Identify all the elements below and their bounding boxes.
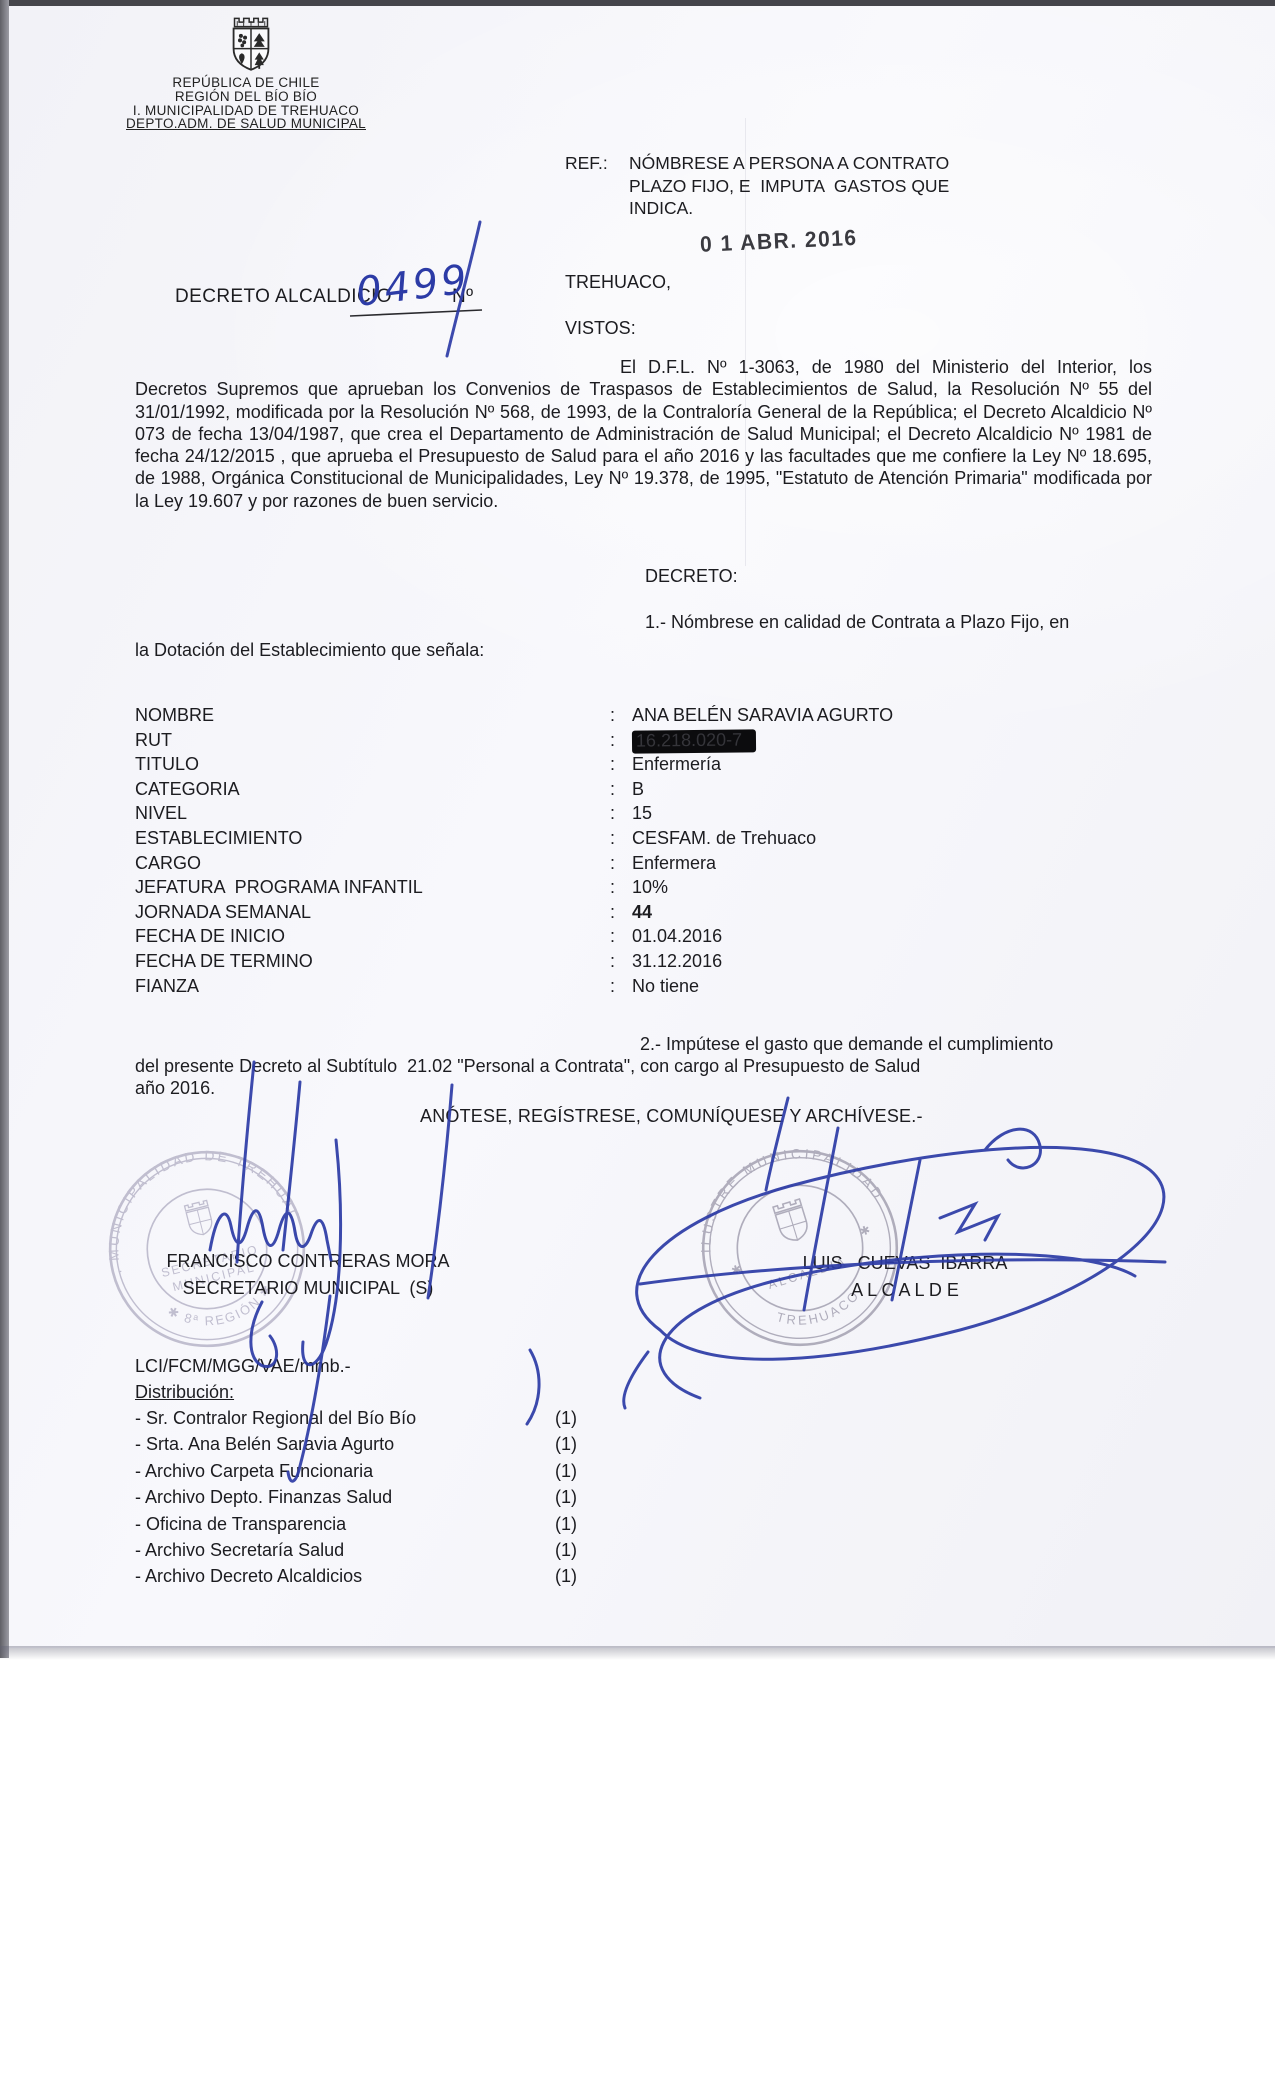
ref-line: INDICA. [629,197,949,220]
distribution-count: (1) [555,1566,577,1592]
row-value: Enfermería [632,754,1035,775]
row-colon: : [610,803,632,824]
row-label: TITULO [135,754,610,775]
table-row: JEFATURA PROGRAMA INFANTIL:10% [135,877,1035,902]
table-row: CATEGORIA:B [135,779,1035,804]
mayor-title: A L C A L D E [735,1277,1075,1304]
vistos-heading: VISTOS: [565,318,636,339]
decreto-heading: DECRETO: [645,566,738,587]
distribution-count: (1) [555,1408,577,1434]
row-colon: : [610,926,632,947]
distribution-name: - Archivo Carpeta Funcionaria [135,1461,555,1487]
distribution-count: (1) [555,1540,577,1566]
table-row: NIVEL:15 [135,803,1035,828]
decree-no-prefix: Nº [452,286,473,307]
ref-line: PLAZO FIJO, E IMPUTA GASTOS QUE [629,175,949,198]
distribution-item: - Archivo Depto. Finanzas Salud(1) [135,1487,605,1513]
letterhead-line: REPÚBLICA DE CHILE [85,76,407,90]
scan-edge-left [0,0,9,1658]
row-colon: : [610,754,632,775]
ref-line: NÓMBRESE A PERSONA A CONTRATO [629,152,949,175]
ref-block: REF.: NÓMBRESE A PERSONA A CONTRATO PLAZ… [565,152,1005,220]
row-colon: : [610,902,632,923]
point2-line3: año 2016. [135,1078,215,1099]
scan-edge-top [0,0,1275,6]
coat-of-arms-icon [221,12,281,78]
appointment-table: NOMBRE:ANA BELÉN SARAVIA AGURTO RUT:16.2… [135,705,1035,1000]
row-label: FECHA DE TERMINO [135,951,610,972]
letterhead: REPÚBLICA DE CHILE REGIÓN DEL BÍO BÍO I.… [85,76,407,131]
secretary-signature-block: FRANCISCO CONTRERAS MORA SECRETARIO MUNI… [138,1248,478,1302]
distribution-name: - Srta. Ana Belén Saravia Agurto [135,1434,555,1460]
point1-line2: la Dotación del Establecimiento que seña… [135,640,484,661]
distribution-name: - Archivo Decreto Alcaldicios [135,1566,555,1592]
row-label: FIANZA [135,976,610,997]
considering-paragraph: El D.F.L. Nº 1-3063, de 1980 del Ministe… [135,356,1152,512]
row-value: No tiene [632,976,1035,997]
table-row: ESTABLECIMIENTO:CESFAM. de Trehuaco [135,828,1035,853]
row-colon: : [610,828,632,849]
distribution-item: - Archivo Decreto Alcaldicios(1) [135,1566,605,1592]
distribution-count: (1) [555,1487,577,1513]
distribution-name: - Archivo Secretaría Salud [135,1540,555,1566]
distribution-count: (1) [555,1434,577,1460]
table-row: JORNADA SEMANAL:44 [135,902,1035,927]
redacted-rut-value: 16.218.020-7 [632,729,756,753]
ref-label: REF.: [565,152,629,220]
decree-number-line: DECRETO ALCALDICIONº [175,286,473,308]
row-label: CATEGORIA [135,779,610,800]
row-colon: : [610,779,632,800]
letterhead-line: I. MUNICIPALIDAD DE TREHUACO [85,104,407,118]
mayor-name: LUIS CUEVAS IBARRA [735,1250,1075,1277]
distribution-list: - Sr. Contralor Regional del Bío Bío(1) … [135,1408,605,1593]
row-value: 44 [632,902,1035,923]
distribution-item: - Oficina de Transparencia(1) [135,1514,605,1540]
secretary-name: FRANCISCO CONTRERAS MORA [138,1248,478,1275]
letterhead-line-dept: DEPTO.ADM. DE SALUD MUNICIPAL [85,117,407,131]
row-value: 31.12.2016 [632,951,1035,972]
row-value: 10% [632,877,1035,898]
row-label: FECHA DE INICIO [135,926,610,947]
point2-line2: del presente Decreto al Subtítulo 21.02 … [135,1056,1152,1077]
scanned-decree-document: { "doc": { "header": { "lines": [ "REPÚB… [0,0,1275,2100]
row-value: ANA BELÉN SARAVIA AGURTO [632,705,1035,726]
row-label: JORNADA SEMANAL [135,902,610,923]
table-row: FECHA DE TERMINO:31.12.2016 [135,951,1035,976]
distribution-name: - Sr. Contralor Regional del Bío Bío [135,1408,555,1434]
point2-line1: 2.- Impútese el gasto que demande el cum… [640,1034,1053,1055]
row-colon: : [610,877,632,898]
row-label: ESTABLECIMIENTO [135,828,610,849]
row-colon: : [610,951,632,972]
page-bottom-shadow [0,1646,1275,1660]
row-colon: : [610,976,632,997]
row-value: 15 [632,803,1035,824]
mayor-signature-block: LUIS CUEVAS IBARRA A L C A L D E [735,1250,1075,1304]
city-line: TREHUACO, [565,272,671,293]
distribution-item: - Archivo Secretaría Salud(1) [135,1540,605,1566]
secretary-title: SECRETARIO MUNICIPAL (S) [138,1275,478,1302]
row-colon: : [610,853,632,874]
row-label: RUT [135,730,610,751]
table-row: NOMBRE:ANA BELÉN SARAVIA AGURTO [135,705,1035,730]
closing-formula: ANÓTESE, REGÍSTRESE, COMUNÍQUESE Y ARCHÍ… [420,1106,923,1127]
distribution-name: - Archivo Depto. Finanzas Salud [135,1487,555,1513]
letterhead-line: REGIÓN DEL BÍO BÍO [85,90,407,104]
distribution-count: (1) [555,1461,577,1487]
decree-label: DECRETO ALCALDICIO [175,286,392,307]
distribution-item: - Sr. Contralor Regional del Bío Bío(1) [135,1408,605,1434]
row-value: 01.04.2016 [632,926,1035,947]
table-row: FECHA DE INICIO:01.04.2016 [135,926,1035,951]
distribution-item: - Srta. Ana Belén Saravia Agurto(1) [135,1434,605,1460]
table-row: FIANZA:No tiene [135,976,1035,1001]
distribution-heading: Distribución: [135,1382,234,1403]
row-colon: : [610,730,632,751]
table-row: TITULO:Enfermería [135,754,1035,779]
row-label: JEFATURA PROGRAMA INFANTIL [135,877,610,898]
point1-line1: 1.- Nómbrese en calidad de Contrata a Pl… [645,612,1069,633]
row-label: NOMBRE [135,705,610,726]
row-colon: : [610,705,632,726]
distribution-item: - Archivo Carpeta Funcionaria(1) [135,1461,605,1487]
distribution-count: (1) [555,1514,577,1540]
distribution-name: - Oficina de Transparencia [135,1514,555,1540]
table-row: CARGO:Enfermera [135,853,1035,878]
row-label: CARGO [135,853,610,874]
row-value: B [632,779,1035,800]
responsibility-initials: LCI/FCM/MGG/VAE/mmb.- [135,1356,351,1377]
table-row: RUT:16.218.020-7 [135,730,1035,755]
row-label: NIVEL [135,803,610,824]
row-value: Enfermera [632,853,1035,874]
row-value: CESFAM. de Trehuaco [632,828,1035,849]
